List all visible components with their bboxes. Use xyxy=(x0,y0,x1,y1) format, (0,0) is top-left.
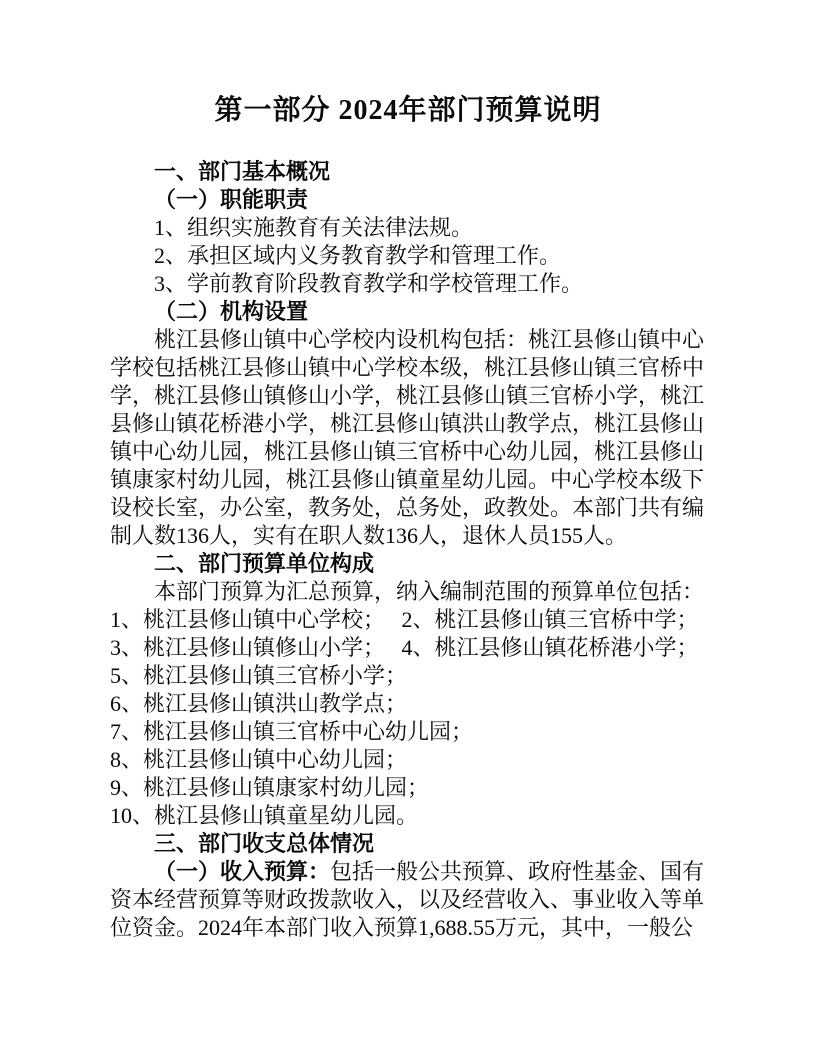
section-1-heading: 一、部门基本概况 xyxy=(110,158,706,186)
budget-unit-line: 5、桃江县修山镇三官桥小学； xyxy=(110,662,706,690)
budget-unit-line: 8、桃江县修山镇中心幼儿园； xyxy=(110,746,706,774)
org-setup-line: 桃江县修山镇中心学校内设机构包括：桃江县修山镇中心 xyxy=(110,326,706,354)
budget-unit-line: 10、桃江县修山镇童星幼儿园。 xyxy=(110,802,706,830)
duty-item: 3、学前教育阶段教育教学和学校管理工作。 xyxy=(110,270,706,298)
org-setup-line: 县修山镇花桥港小学，桃江县修山镇洪山教学点，桃江县修山 xyxy=(110,410,706,438)
org-setup-line: 设校长室，办公室，教务处，总务处，政教处。本部门共有编 xyxy=(110,494,706,522)
org-setup-line: 制人数136人，实有在职人数136人，退休人员155人。 xyxy=(110,522,706,550)
budget-unit-line: 9、桃江县修山镇康家村幼儿园； xyxy=(110,774,706,802)
section-1-2-heading: （二）机构设置 xyxy=(110,298,706,326)
org-setup-line: 学校包括桃江县修山镇中心学校本级，桃江县修山镇三官桥中 xyxy=(110,354,706,382)
income-budget-text: 包括一般公共预算、政府性基金、国有 xyxy=(330,859,704,884)
section-2-heading: 二、部门预算单位构成 xyxy=(110,550,706,578)
budget-unit-line: 7、桃江县修山镇三官桥中心幼儿园； xyxy=(110,718,706,746)
duty-item: 2、承担区域内义务教育教学和管理工作。 xyxy=(110,242,706,270)
income-budget-label: （一）收入预算： xyxy=(154,859,330,884)
budget-unit-line: 3、桃江县修山镇修山小学； 4、桃江县修山镇花桥港小学； xyxy=(110,634,706,662)
section-3-heading: 三、部门收支总体情况 xyxy=(110,830,706,858)
document-body: 一、部门基本概况 （一）职能职责 1、组织实施教育有关法律法规。 2、承担区域内… xyxy=(110,158,706,942)
income-budget-line: 资本经营预算等财政拨款收入，以及经营收入、事业收入等单 xyxy=(110,886,706,914)
income-budget-line: （一）收入预算：包括一般公共预算、政府性基金、国有 xyxy=(110,858,706,886)
duty-item: 1、组织实施教育有关法律法规。 xyxy=(110,214,706,242)
income-budget-line: 位资金。2024年本部门收入预算1,688.55万元，其中，一般公 xyxy=(110,914,706,942)
section-1-1-heading: （一）职能职责 xyxy=(110,186,706,214)
budget-units-intro: 本部门预算为汇总预算，纳入编制范围的预算单位包括： xyxy=(110,578,706,606)
org-setup-line: 学，桃江县修山镇修山小学，桃江县修山镇三官桥小学，桃江 xyxy=(110,382,706,410)
org-setup-line: 镇康家村幼儿园，桃江县修山镇童星幼儿园。中心学校本级下 xyxy=(110,466,706,494)
org-setup-line: 镇中心幼儿园，桃江县修山镇三官桥中心幼儿园，桃江县修山 xyxy=(110,438,706,466)
doc-title: 第一部分 2024年部门预算说明 xyxy=(0,0,816,126)
budget-unit-line: 6、桃江县修山镇洪山教学点； xyxy=(110,690,706,718)
budget-unit-line: 1、桃江县修山镇中心学校； 2、桃江县修山镇三官桥中学； xyxy=(110,606,706,634)
document-page: 第一部分 2024年部门预算说明 一、部门基本概况 （一）职能职责 1、组织实施… xyxy=(0,0,816,1056)
